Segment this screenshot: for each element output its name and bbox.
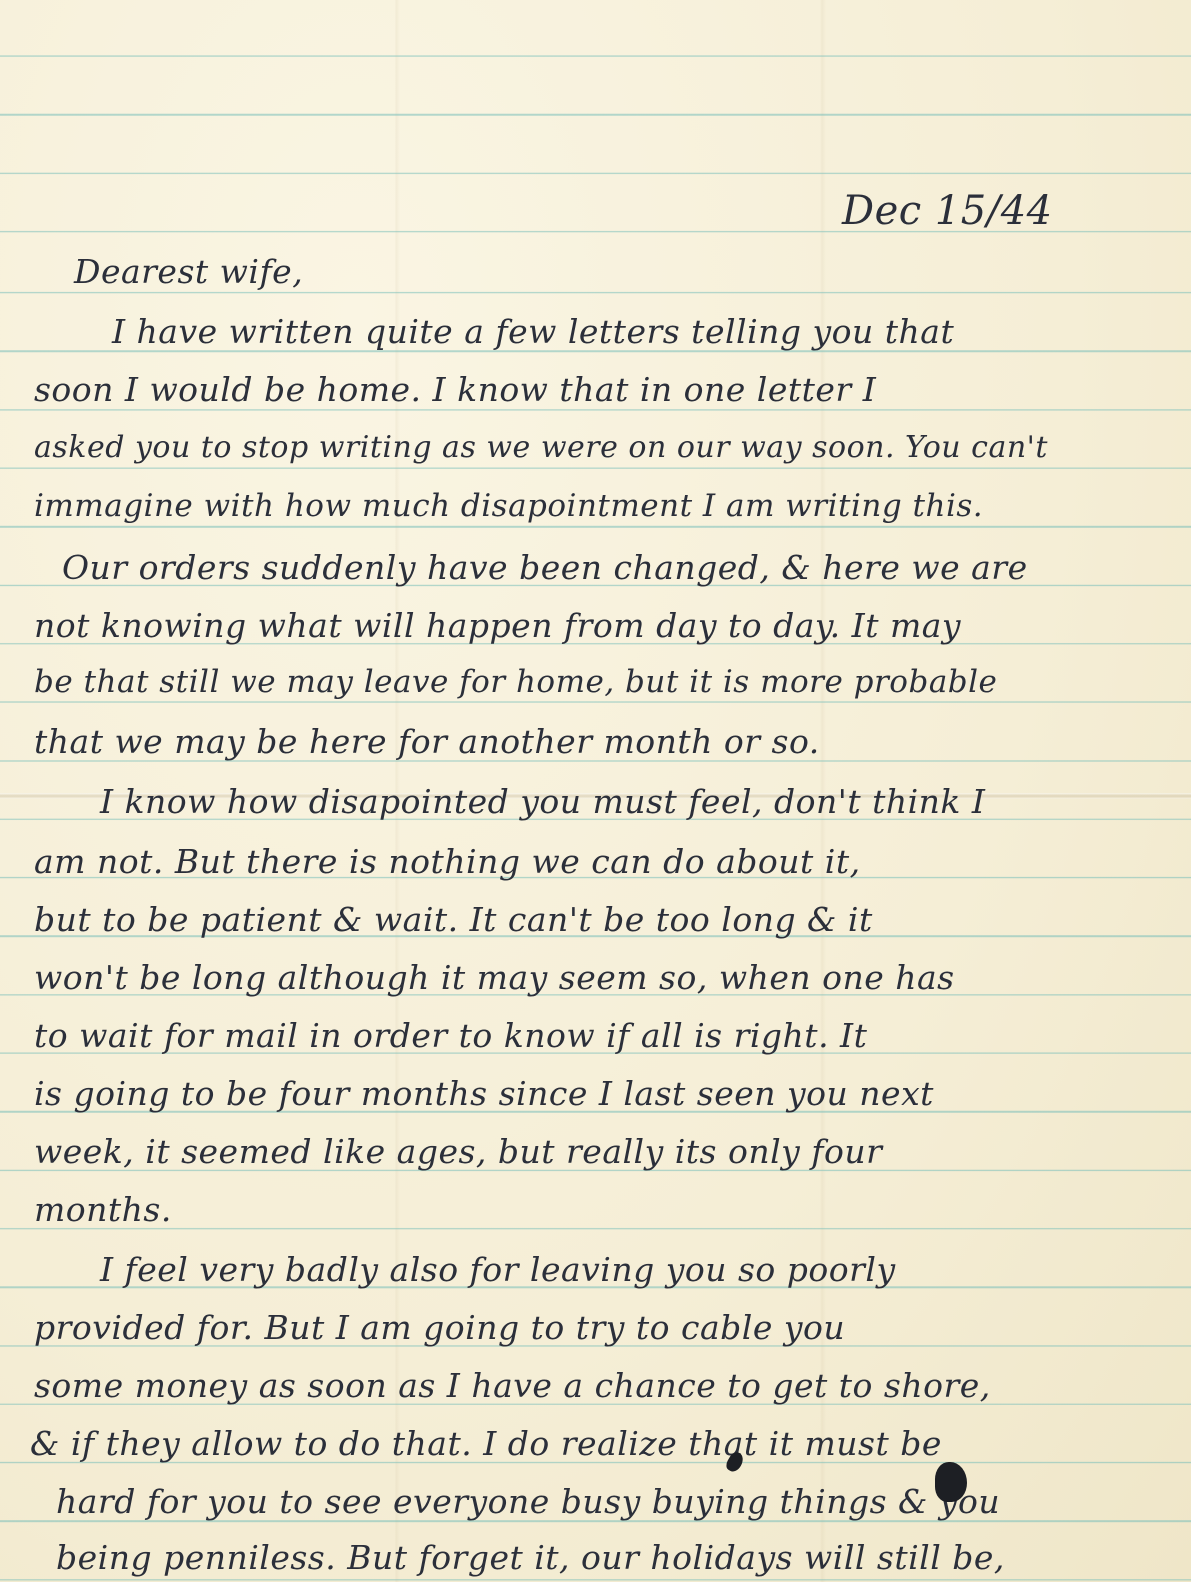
letter-line: not knowing what will happen from day to… [34, 606, 961, 645]
ink-blot [935, 1462, 967, 1502]
letter-line: I have written quite a few letters telli… [112, 312, 954, 351]
letter-line: & if they allow to do that. I do realize… [30, 1424, 942, 1463]
letter-line: immagine with how much disapointment I a… [34, 488, 983, 524]
letter-line: being penniless. But forget it, our holi… [56, 1538, 1005, 1577]
letter-line: is going to be four months since I last … [34, 1074, 934, 1113]
letter-line: provided for. But I am going to try to c… [34, 1308, 845, 1347]
salutation: Dearest wife, [74, 252, 303, 291]
letter-line: that we may be here for another month or… [34, 722, 820, 761]
letter-line: Our orders suddenly have been changed, &… [62, 548, 1028, 587]
letter-line: months. [34, 1190, 172, 1229]
letter-line: be that still we may leave for home, but… [34, 664, 997, 700]
letter-date: Dec 15/44 [842, 188, 1053, 234]
letter-line: I feel very badly also for leaving you s… [100, 1250, 896, 1289]
letter-line: won't be long although it may seem so, w… [34, 958, 955, 997]
letter-line: asked you to stop writing as we were on … [34, 430, 1048, 465]
letter-line: week, it seemed like ages, but really it… [34, 1132, 882, 1171]
letter-page: Dec 15/44 Dearest wife, I have written q… [0, 0, 1191, 1582]
letter-line: soon I would be home. I know that in one… [34, 370, 876, 409]
letter-line: am not. But there is nothing we can do a… [34, 842, 861, 881]
letter-line: I know how disapointed you must feel, do… [100, 782, 985, 821]
letter-line: to wait for mail in order to know if all… [34, 1016, 867, 1055]
letter-line: hard for you to see everyone busy buying… [56, 1482, 1000, 1521]
letter-line: but to be patient & wait. It can't be to… [34, 900, 873, 939]
letter-line: some money as soon as I have a chance to… [34, 1366, 991, 1405]
